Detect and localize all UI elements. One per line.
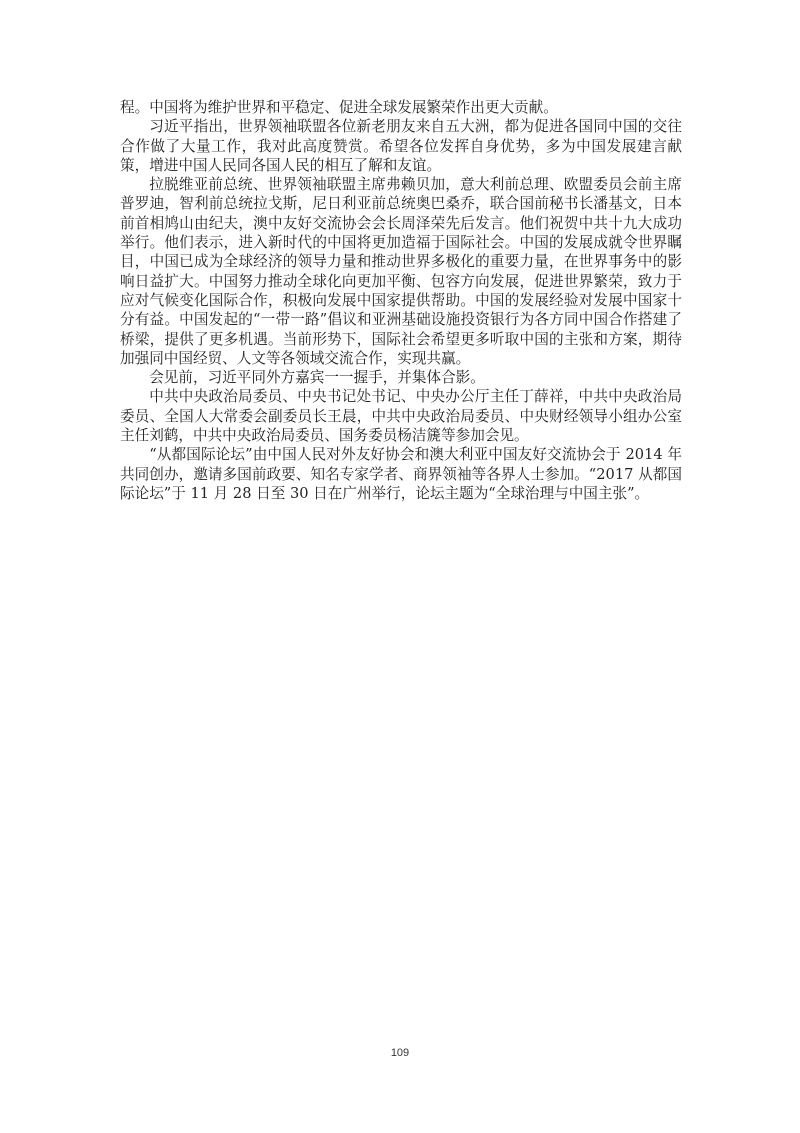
page-number: 109 bbox=[0, 1047, 800, 1059]
document-body: 程。中国将为维护世界和平稳定、促进全球发展繁荣作出更大贡献。 习近平指出，世界领… bbox=[120, 98, 682, 503]
paragraph-3: 拉脱维亚前总统、世界领袖联盟主席弗赖贝加，意大利前总理、欧盟委员会前主席普罗迪，… bbox=[120, 175, 682, 368]
paragraph-5: 中共中央政治局委员、中央书记处书记、中央办公厅主任丁薛祥，中共中央政治局委员、全… bbox=[120, 387, 682, 445]
paragraph-1: 程。中国将为维护世界和平稳定、促进全球发展繁荣作出更大贡献。 bbox=[120, 98, 682, 117]
paragraph-2: 习近平指出，世界领袖联盟各位新老朋友来自五大洲，都为促进各国同中国的交往合作做了… bbox=[120, 117, 682, 175]
paragraph-6: “从都国际论坛”由中国人民对外友好协会和澳大利亚中国友好交流协会于 2014 年… bbox=[120, 445, 682, 503]
paragraph-4: 会见前，习近平同外方嘉宾一一握手，并集体合影。 bbox=[120, 368, 682, 387]
